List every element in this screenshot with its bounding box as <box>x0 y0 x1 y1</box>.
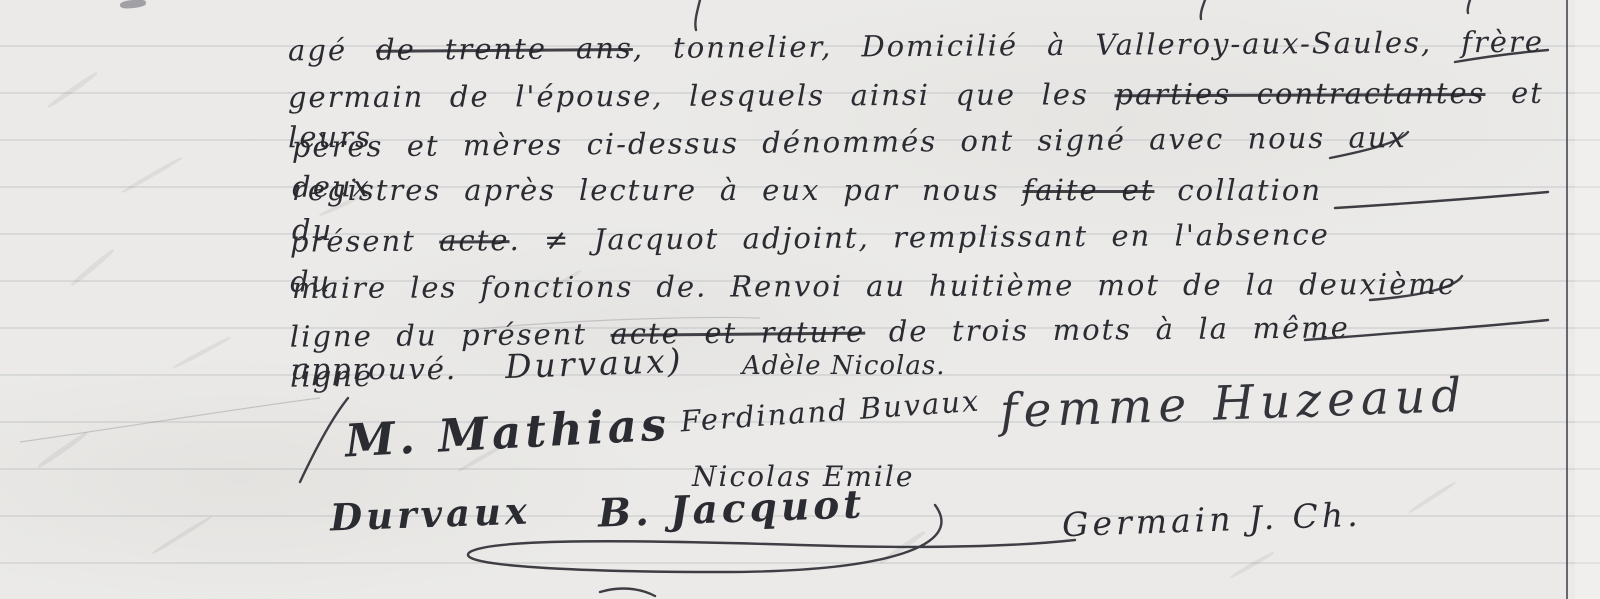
signature-durvaux: Durvaux <box>329 489 531 540</box>
words: maire les fonctions de. Renvoi au huitiè… <box>292 267 1457 305</box>
approval-note: approuvé. <box>292 352 457 386</box>
words: présent <box>290 224 440 259</box>
signature-germain: Germain J. Ch. <box>1061 495 1362 544</box>
words: agé <box>288 33 376 68</box>
signature-durvaux-paraph: Durvaux) <box>504 341 684 386</box>
text-line: agé de trente ans, tonnelier, Domicilié … <box>288 22 1544 71</box>
signature-adele-nicolas: Adèle Nicolas. <box>742 351 945 381</box>
handwritten-register-page: agé de trente ans, tonnelier, Domicilié … <box>0 0 1600 599</box>
signature-b-jacquot: B. Jacquot <box>597 481 866 536</box>
words: registres après lecture à eux par nous <box>292 173 1023 207</box>
struck-words: acte <box>439 223 510 257</box>
struck-words: faite et <box>1023 173 1155 207</box>
struck-words: de trente ans <box>376 31 633 67</box>
signature-m-mathias: M. Mathias <box>344 398 672 468</box>
struck-words: parties contractantes <box>1114 76 1485 111</box>
words: , tonnelier, Domicilié à Valleroy-aux-Sa… <box>633 25 1544 65</box>
words: germain de l'épouse, lesquels ainsi que … <box>288 77 1115 114</box>
next-page-strip <box>1575 0 1600 599</box>
text-line: maire les fonctions de. Renvoi au huitiè… <box>292 264 1457 308</box>
